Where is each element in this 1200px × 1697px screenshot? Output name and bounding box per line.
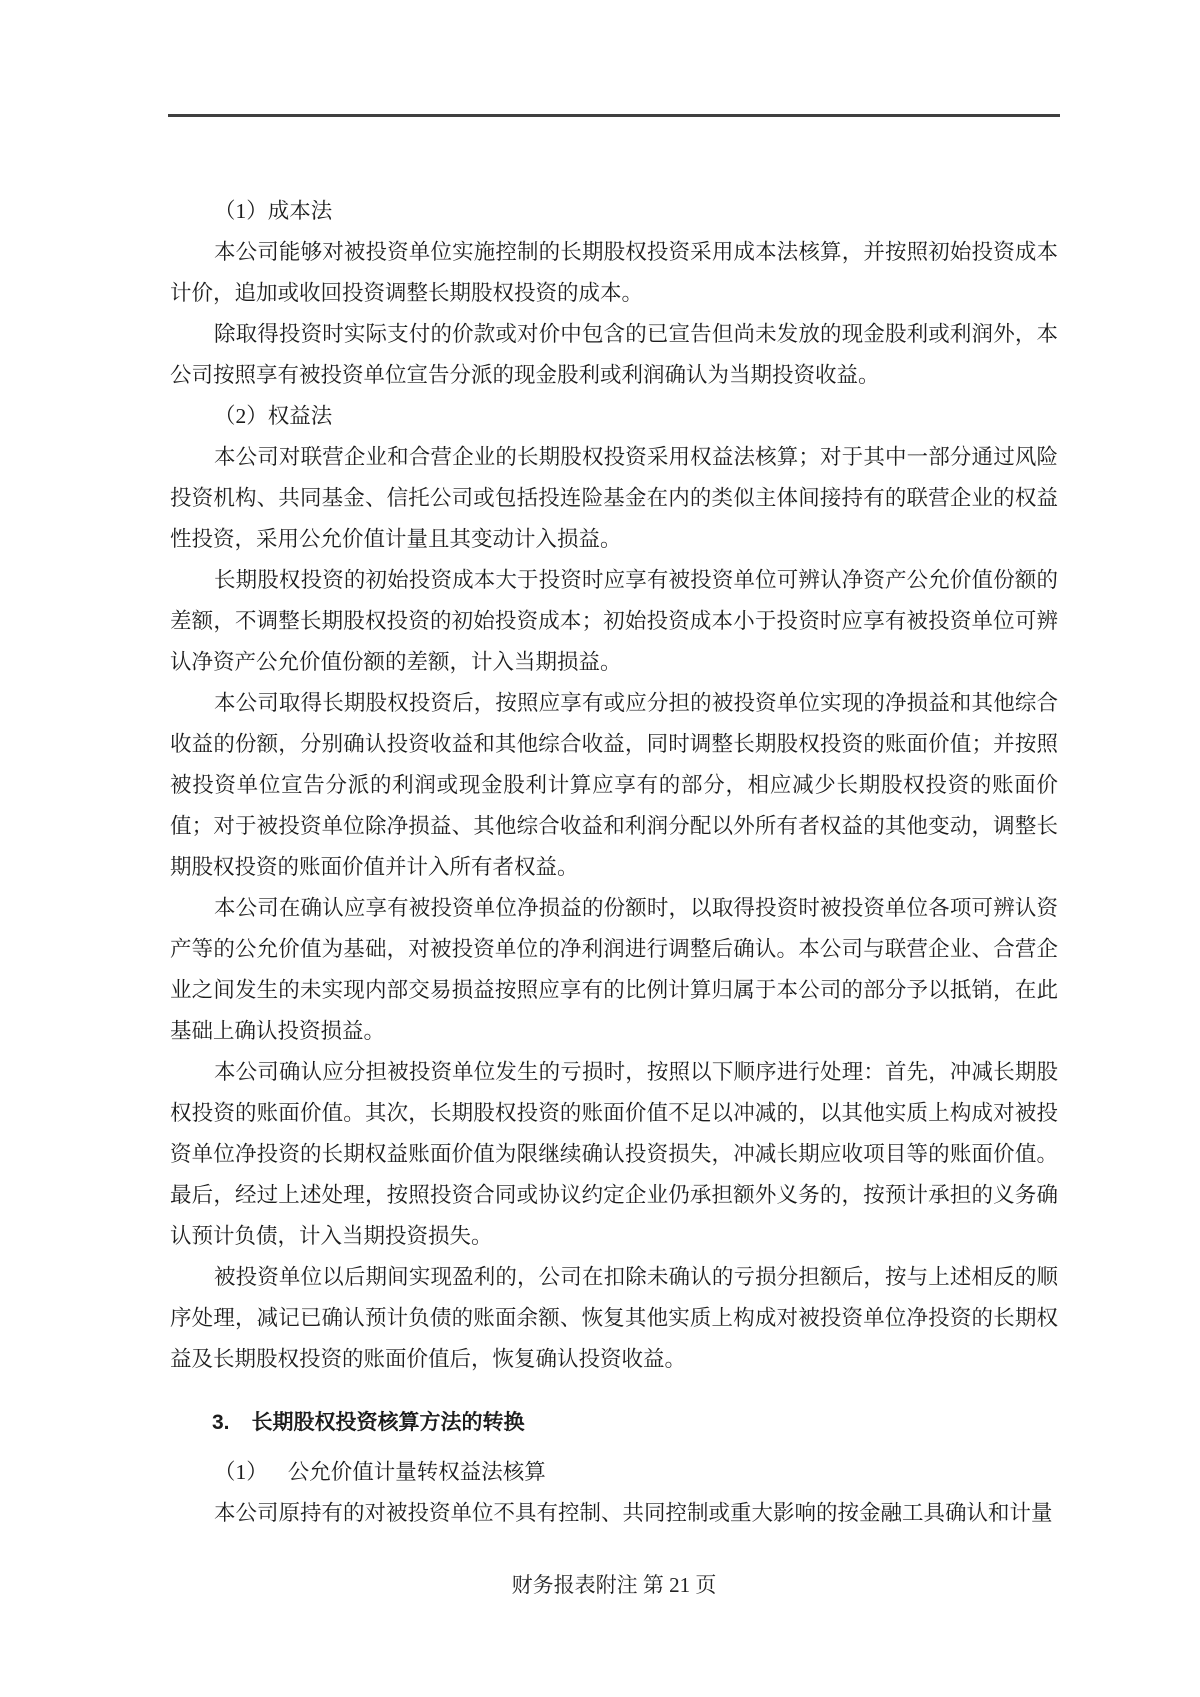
paragraph: 本公司能够对被投资单位实施控制的长期股权投资采用成本法核算，并按照初始投资成本计… bbox=[170, 232, 1058, 314]
subitem-marker: （1） bbox=[214, 1460, 268, 1484]
paragraph: 本公司原持有的对被投资单位不具有控制、共同控制或重大影响的按金融工具确认和计量 bbox=[170, 1493, 1058, 1534]
page-footer: 财务报表附注 第 21 页 bbox=[170, 1570, 1058, 1600]
section-title: 长期股权投资核算方法的转换 bbox=[252, 1411, 525, 1434]
subheading-cost-method: （1）成本法 bbox=[170, 191, 1058, 232]
paragraph: 本公司对联营企业和合营企业的长期股权投资采用权益法核算；对于其中一部分通过风险投… bbox=[170, 437, 1058, 560]
footer-text: 财务报表附注 第 21 页 bbox=[512, 1573, 717, 1597]
paragraph: 除取得投资时实际支付的价款或对价中包含的已宣告但尚未发放的现金股利或利润外，本公… bbox=[170, 314, 1058, 396]
subheading-equity-method: （2）权益法 bbox=[170, 396, 1058, 437]
paragraph: 本公司在确认应享有被投资单位净损益的份额时，以取得投资时被投资单位各项可辨认资产… bbox=[170, 888, 1058, 1052]
header-rule bbox=[168, 114, 1060, 117]
paragraph: 长期股权投资的初始投资成本大于投资时应享有被投资单位可辨认净资产公允价值份额的差… bbox=[170, 560, 1058, 683]
document-page: （1）成本法 本公司能够对被投资单位实施控制的长期股权投资采用成本法核算，并按照… bbox=[0, 0, 1200, 1697]
paragraph: 本公司确认应分担被投资单位发生的亏损时，按照以下顺序进行处理：首先，冲减长期股权… bbox=[170, 1052, 1058, 1257]
section-heading: 3.长期股权投资核算方法的转换 bbox=[170, 1402, 1058, 1443]
paragraph: 本公司取得长期股权投资后，按照应享有或应分担的被投资单位实现的净损益和其他综合收… bbox=[170, 683, 1058, 888]
paragraph: 被投资单位以后期间实现盈利的，公司在扣除未确认的亏损分担额后，按与上述相反的顺序… bbox=[170, 1257, 1058, 1380]
section-number: 3. bbox=[212, 1411, 230, 1434]
document-body: （1）成本法 本公司能够对被投资单位实施控制的长期股权投资采用成本法核算，并按照… bbox=[170, 191, 1058, 1534]
subitem-heading: （1）公允价值计量转权益法核算 bbox=[170, 1452, 1058, 1493]
subitem-title: 公允价值计量转权益法核算 bbox=[288, 1460, 546, 1484]
